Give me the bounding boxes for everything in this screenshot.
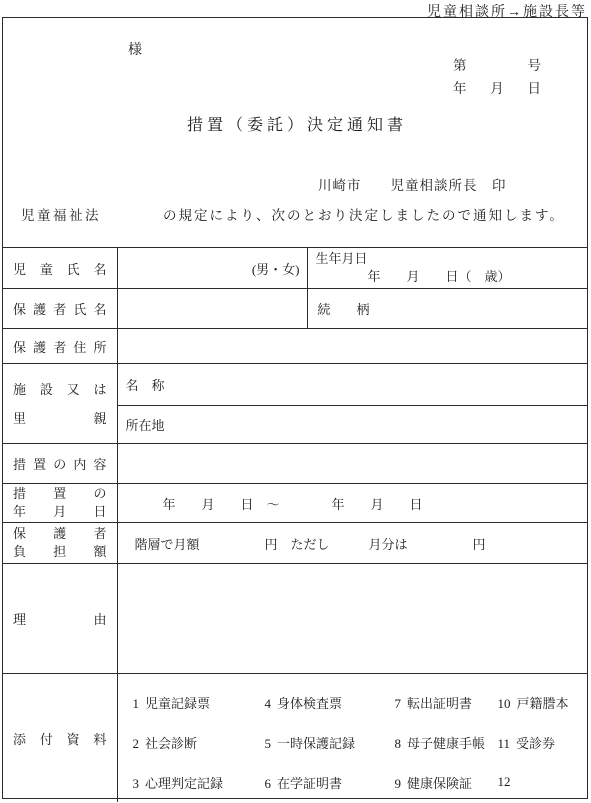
- measure-content-label: 措 置 の 内 容: [13, 454, 107, 473]
- law-name: 児童福祉法: [21, 204, 101, 224]
- notification-form-page: 児童相談所→施設長等 様 第 号 年 月 日 措 置 （ 委 託 ） 決 定 通…: [0, 0, 591, 803]
- child-name-input-cell: (男・女): [117, 248, 307, 289]
- document-title: 措 置 （ 委 託 ） 決 定 通 知 書: [3, 112, 587, 135]
- relation-label: 続 柄: [318, 302, 370, 317]
- facility-label-line2: 里 親: [13, 404, 107, 433]
- reason-input-cell: [117, 564, 587, 674]
- guardian-name-input-cell: [117, 289, 307, 329]
- attachments-row-3: 3心理判定記録 6在学証明書 9健康保険証 12: [133, 762, 588, 802]
- guardian-charge-label-line2: 負 担 額: [13, 543, 107, 561]
- attachments-row-2: 2社会診断 5一時保護記録 8母子健康手帳 11受診券: [133, 722, 588, 762]
- measure-date-label-cell: 措 置 の 年 月 日: [3, 484, 117, 523]
- sheet-border: 様 第 号 年 月 日 措 置 （ 委 託 ） 決 定 通 知 書 川崎市 児童…: [2, 17, 588, 799]
- attachment-item: 7転出証明書: [395, 693, 498, 712]
- addressee-honorific: 様: [128, 39, 142, 59]
- guardian-charge-value-cell: 階層で月額 円 ただし 月分は 円: [117, 523, 587, 564]
- date-year-label: 年: [453, 77, 467, 97]
- row-measure-content: 措 置 の 内 容: [3, 444, 587, 484]
- form-table: 児 童 氏 名 (男・女) 生年月日 年 月 日（ 歳） 保 護 者 氏 名: [3, 247, 587, 798]
- attachments-label-cell: 添 付 資 料: [3, 674, 117, 803]
- row-reason: 理 由: [3, 564, 587, 674]
- guardian-name-label: 保 護 者 氏 名: [13, 299, 107, 318]
- issuer-line: 川崎市 児童相談所長 印: [318, 174, 507, 194]
- measure-content-input-cell: [117, 444, 587, 484]
- guardian-charge-format: 階層で月額 円 ただし 月分は 円: [135, 537, 486, 552]
- sex-note: (男・女): [252, 262, 300, 277]
- row-attachments: 添 付 資 料 1児童記録票 4身体検査票 7転出証明書 10戸籍謄本 2社会診…: [3, 674, 587, 803]
- facility-name-cell: 名 称: [117, 364, 587, 406]
- attachment-item: 3心理判定記録: [133, 773, 265, 792]
- row-child-name: 児 童 氏 名 (男・女) 生年月日 年 月 日（ 歳）: [3, 248, 587, 289]
- row-guardian-name: 保 護 者 氏 名 続 柄: [3, 289, 587, 329]
- guardian-address-input-cell: [117, 329, 587, 364]
- attachment-item: 10戸籍謄本: [498, 693, 588, 712]
- measure-content-label-cell: 措 置 の 内 容: [3, 444, 117, 484]
- child-name-label-cell: 児 童 氏 名: [3, 248, 117, 289]
- date-day-label: 日: [528, 77, 542, 97]
- relation-cell: 続 柄: [307, 289, 587, 329]
- law-reference-line: 児童福祉法 の規定により、次のとおり決定しましたので通知します。: [3, 204, 587, 224]
- attachments-list-cell: 1児童記録票 4身体検査票 7転出証明書 10戸籍謄本 2社会診断 5一時保護記…: [117, 674, 587, 803]
- attachment-item: 1児童記録票: [133, 693, 265, 712]
- facility-label-line1: 施 設 又 は: [13, 375, 107, 404]
- document-number-line: 第 号: [453, 54, 541, 74]
- row-guardian-charge: 保 護 者 負 担 額 階層で月額 円 ただし 月分は 円: [3, 523, 587, 564]
- row-guardian-address: 保 護 者 住 所: [3, 329, 587, 364]
- guardian-address-label-cell: 保 護 者 住 所: [3, 329, 117, 364]
- facility-address-cell: 所在地: [117, 406, 587, 444]
- measure-date-label-line1: 措 置 の: [13, 485, 107, 503]
- reason-label-cell: 理 由: [3, 564, 117, 674]
- issue-date-line: 年 月 日: [453, 77, 541, 97]
- reason-label: 理 由: [13, 609, 107, 628]
- law-clause-text: の規定により、次のとおり決定しましたので通知します。: [163, 204, 565, 224]
- attachments-row-1: 1児童記録票 4身体検査票 7転出証明書 10戸籍謄本: [133, 682, 588, 722]
- attachment-item: 2社会診断: [133, 733, 265, 752]
- measure-date-format: 年 月 日 ～ 年 月 日: [163, 497, 423, 512]
- measure-date-value-cell: 年 月 日 ～ 年 月 日: [117, 484, 587, 523]
- facility-label-cell: 施 設 又 は 里 親: [3, 364, 117, 444]
- doc-number-prefix: 第: [453, 54, 467, 74]
- attachment-item: 6在学証明書: [265, 773, 395, 792]
- attachment-item: 9健康保険証: [395, 773, 498, 792]
- row-measure-date: 措 置 の 年 月 日 年 月 日 ～ 年 月 日: [3, 484, 587, 523]
- date-month-label: 月: [490, 77, 504, 97]
- child-name-label: 児 童 氏 名: [13, 259, 107, 278]
- facility-name-label: 名 称: [126, 378, 165, 393]
- guardian-address-label: 保 護 者 住 所: [13, 337, 107, 356]
- guardian-charge-label-line1: 保 護 者: [13, 525, 107, 543]
- guardian-name-label-cell: 保 護 者 氏 名: [3, 289, 117, 329]
- row-facility-name: 施 設 又 は 里 親 名 称: [3, 364, 587, 406]
- attachments-label: 添 付 資 料: [13, 729, 107, 748]
- facility-address-label: 所在地: [126, 418, 165, 433]
- guardian-charge-label-cell: 保 護 者 負 担 額: [3, 523, 117, 564]
- attachment-item: 12: [498, 774, 588, 790]
- birthdate-format: 年 月 日（ 歳）: [316, 268, 580, 286]
- doc-number-suffix: 号: [528, 54, 542, 74]
- birthdate-label: 生年月日: [316, 250, 580, 268]
- attachment-item: 5一時保護記録: [265, 733, 395, 752]
- attachment-item: 8母子健康手帳: [395, 733, 498, 752]
- attachment-item: 4身体検査票: [265, 693, 395, 712]
- attachment-item: 11受診券: [498, 733, 588, 752]
- measure-date-label-line2: 年 月 日: [13, 503, 107, 521]
- birthdate-cell: 生年月日 年 月 日（ 歳）: [307, 248, 587, 289]
